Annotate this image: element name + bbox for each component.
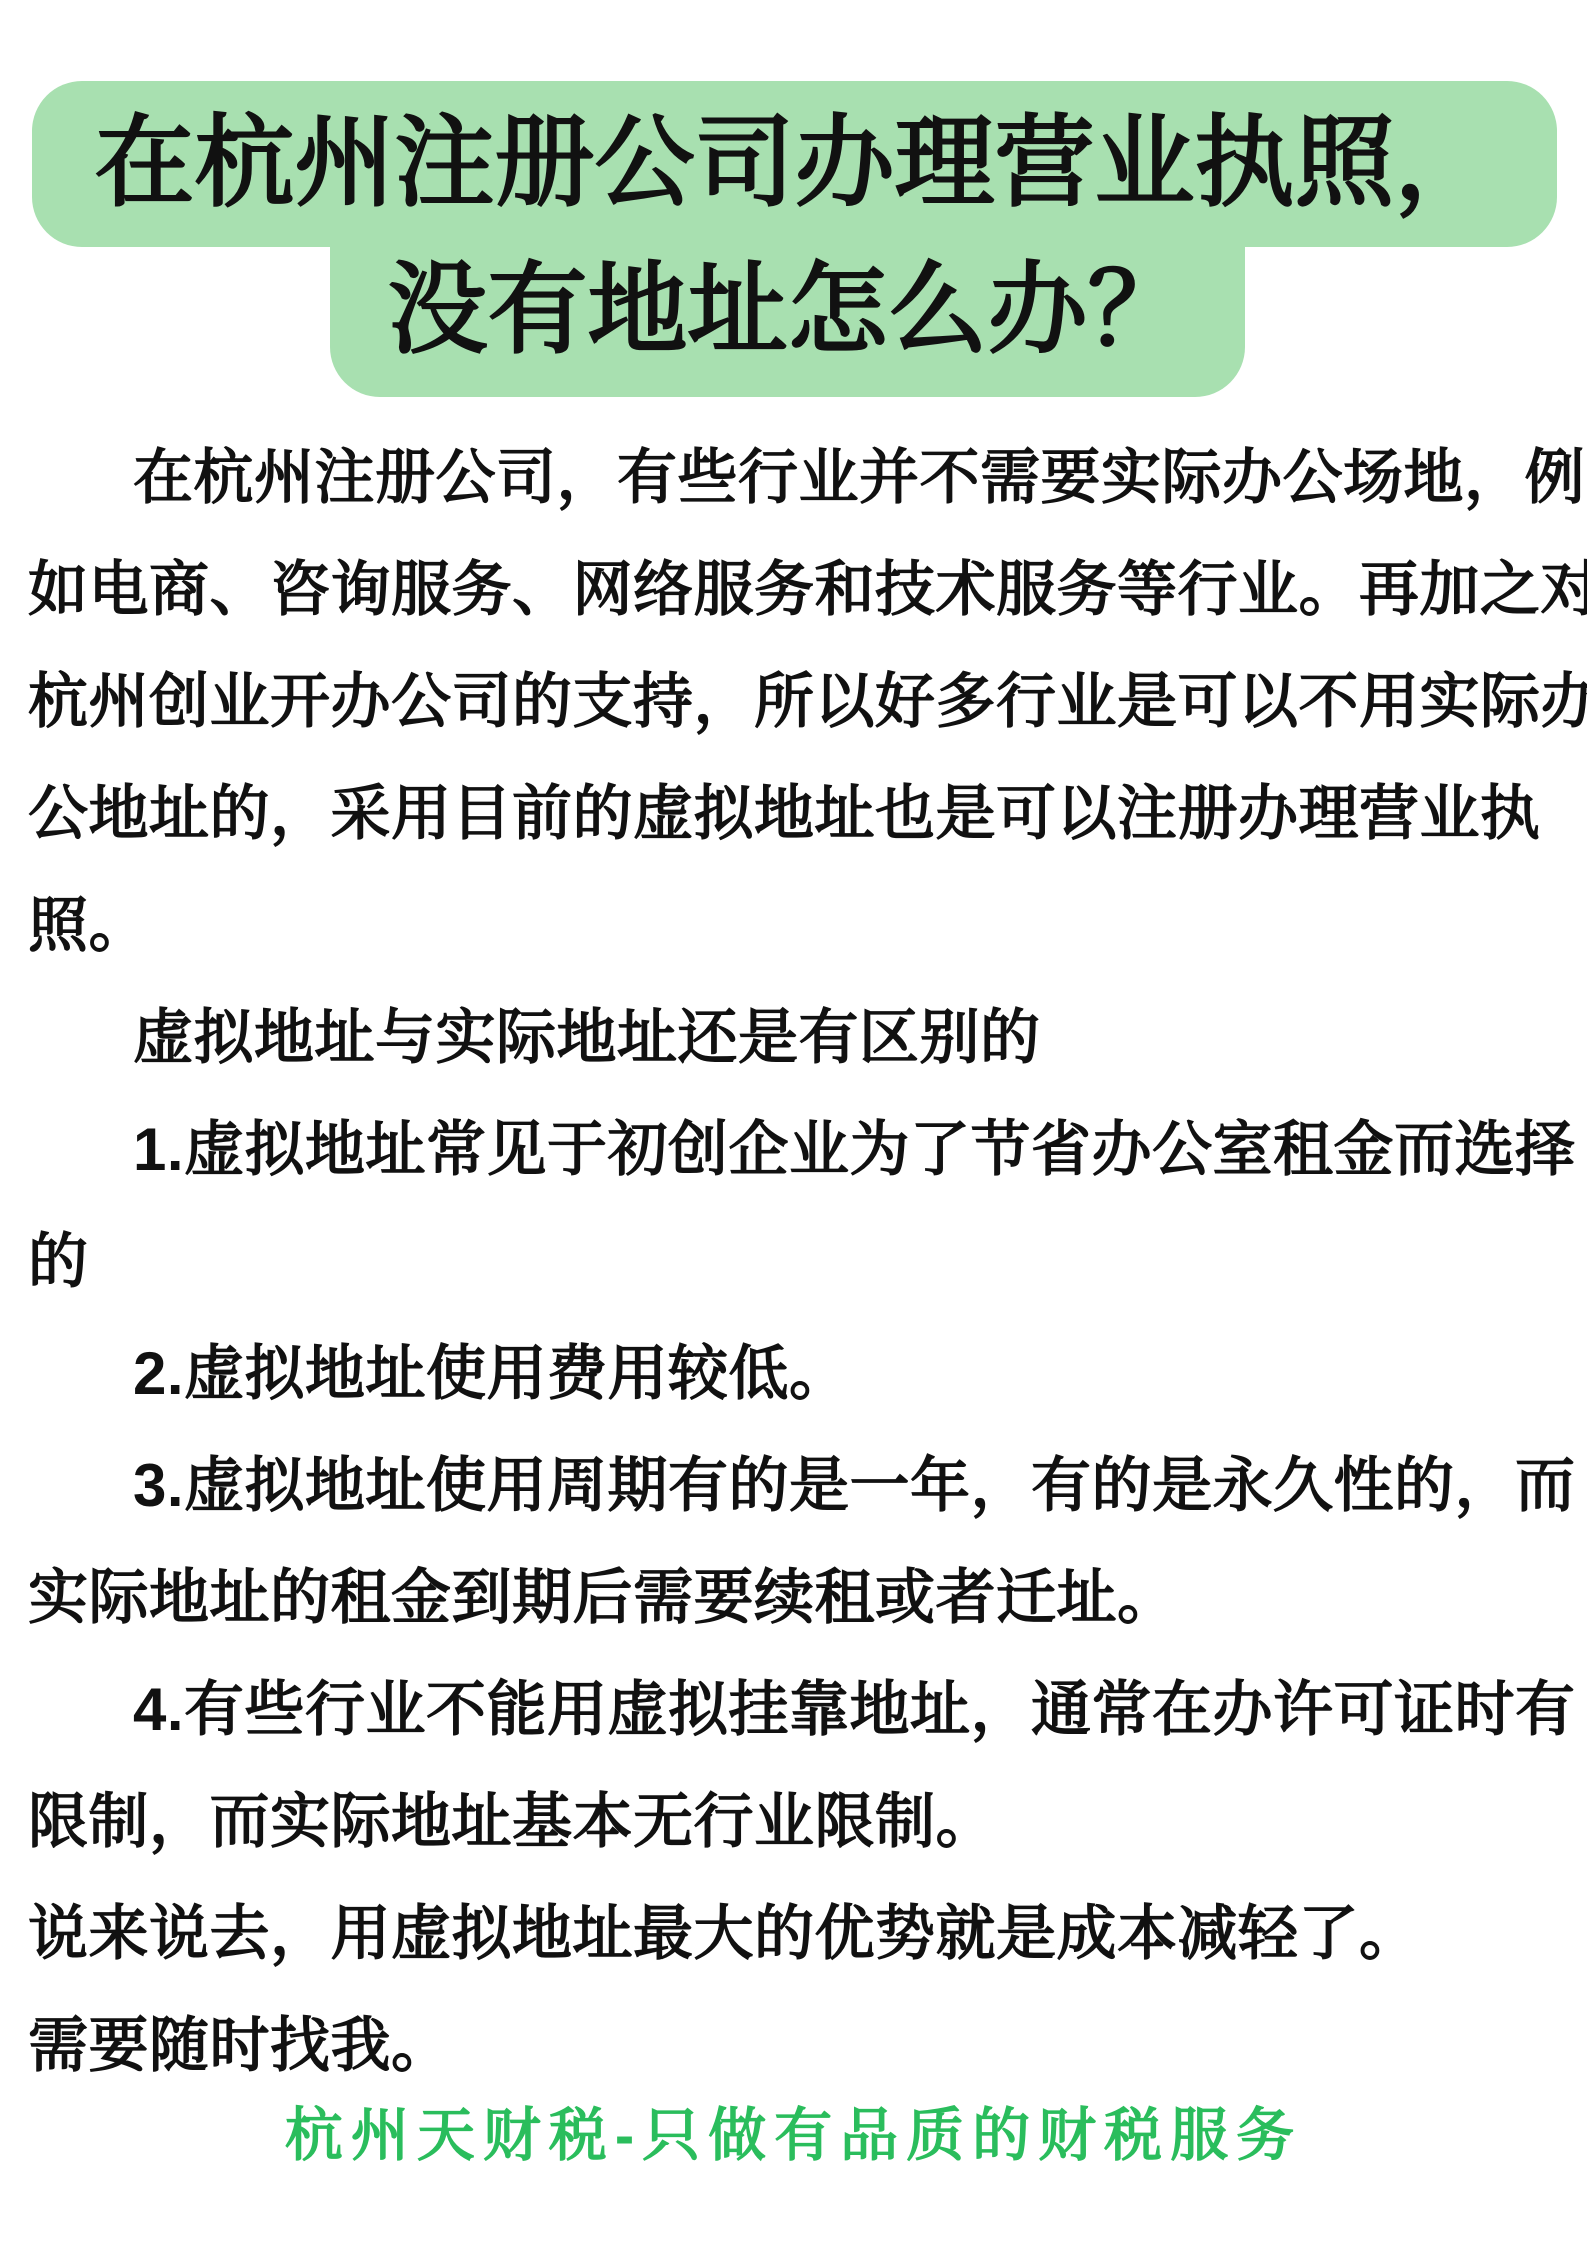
poster-page: 在杭州注册公司办理营业执照， 没有地址怎么办？ 在杭州注册公司，有些行业并不需要…	[0, 0, 1587, 2245]
body-line: 的	[28, 1206, 1543, 1318]
body-line: 限制，而实际地址基本无行业限制。	[28, 1766, 1543, 1878]
body-text: 在杭州注册公司，有些行业并不需要实际办公场地，例 如电商、咨询服务、网络服务和技…	[28, 422, 1543, 2102]
body-line: 在杭州注册公司，有些行业并不需要实际办公场地，例	[28, 422, 1543, 534]
body-line: 4.有些行业不能用虚拟挂靠地址，通常在办许可证时有	[28, 1654, 1543, 1766]
body-line: 照。	[28, 870, 1543, 982]
body-line: 说来说去，用虚拟地址最大的优势就是成本减轻了。	[28, 1878, 1543, 1990]
body-line: 实际地址的租金到期后需要续租或者迁址。	[28, 1542, 1543, 1654]
page-title-line1: 在杭州注册公司办理营业执照，	[32, 96, 1557, 231]
page-title-line2: 没有地址怎么办？	[330, 248, 1245, 373]
body-line: 如电商、咨询服务、网络服务和技术服务等行业。再加之对	[28, 534, 1543, 646]
body-line: 1.虚拟地址常见于初创企业为了节省办公室租金而选择	[28, 1094, 1543, 1206]
body-line: 2.虚拟地址使用费用较低。	[28, 1318, 1543, 1430]
body-line: 公地址的，采用目前的虚拟地址也是可以注册办理营业执	[28, 758, 1543, 870]
body-line: 需要随时找我。	[28, 1990, 1543, 2102]
footer-slogan: 杭州天财税-只做有品质的财税服务	[0, 2088, 1587, 2172]
body-line: 杭州创业开办公司的支持，所以好多行业是可以不用实际办	[28, 646, 1543, 758]
body-line: 虚拟地址与实际地址还是有区别的	[28, 982, 1543, 1094]
body-line: 3.虚拟地址使用周期有的是一年，有的是永久性的，而	[28, 1430, 1543, 1542]
